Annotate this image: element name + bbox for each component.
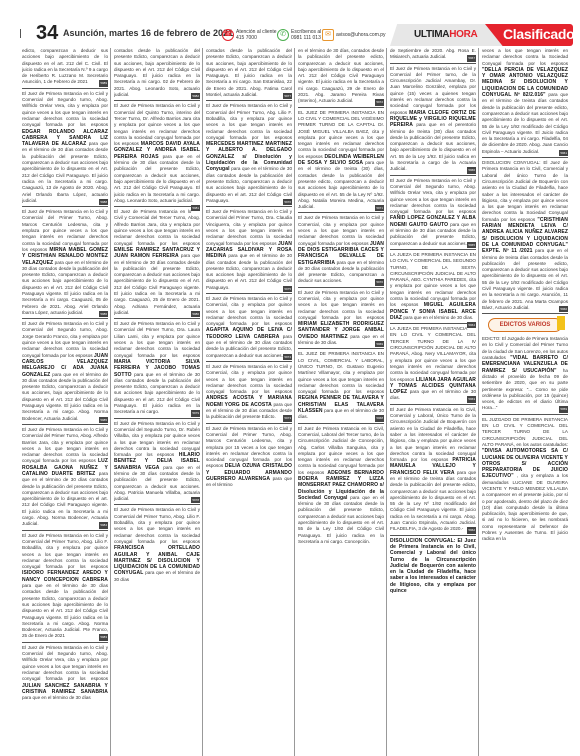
notice-body: contados desde la publicación del presen… — [114, 48, 200, 97]
notice-tail: para que en el término de 30 días contad… — [22, 141, 108, 203]
notice: El Juez de Primera Instancia en lo Civil… — [114, 507, 200, 585]
notice: El Juez de Primera Instancia en lo Civil… — [298, 290, 384, 350]
notice: EL JUZGADO DE PRIMERA INSTANCIA EN LO CI… — [482, 417, 568, 545]
notice-body: contados desde la publicación del presen… — [206, 48, 292, 97]
notice-tail: , cita y emplaza a los demandados LUCIAN… — [482, 473, 568, 541]
customer-service-contact: ☎ Atención al cliente415 7000 — [222, 26, 277, 44]
email-contact[interactable]: ✉ avisos@uhora.com.py — [322, 26, 386, 44]
notice: veces a los que tengan interés en reclam… — [482, 48, 568, 158]
notice: contados desde la publicación del presen… — [114, 48, 200, 101]
notice-tail: para que en el término de treinta días c… — [482, 248, 568, 310]
notice-body: El Juez de Primera Instancia en lo Civil… — [22, 209, 108, 252]
notice-tail: ha dictado el proveído de fecha 09 de se… — [482, 368, 568, 411]
notice-body: EL JUZGADO DE PRIMERA INSTANCIA EN LO CI… — [482, 417, 568, 447]
notice: El Juez de Primera Instancia en lo Civil… — [206, 103, 292, 207]
notice-body: LA JUEZA DE PRIMERA INSTANCIA EN LO CIVI… — [390, 326, 476, 381]
notice: El Juez de Primera Instancia en lo Civil… — [390, 178, 476, 250]
notice-body: El Juez de Primera Instancia en lo Civil… — [114, 103, 200, 146]
notice: El Juez de Primera Instancia en lo Civil… — [22, 209, 108, 319]
notice-body: EL JUEZ DE PRIMERA INSTANCIA EN LO CIVIL… — [298, 351, 384, 394]
notice-body: El Juez de Primera Instancia en lo Civil… — [114, 321, 200, 357]
notice-tail: para que en el término de 30 días — [22, 695, 91, 700]
notice-tail: para que en el término de 30 días contad… — [22, 260, 108, 315]
column-2: contados desde la publicación del presen… — [114, 48, 203, 756]
brand-banner: ULTIMAHORA Clasificados — [390, 24, 580, 46]
section-label: EDICTOS VARIOS — [500, 322, 551, 328]
contact-value: 415 7000 — [236, 35, 257, 41]
notice-body: El Juez de Primera Instancia en lo Civil… — [206, 426, 292, 469]
brand-part1: ULTIMA — [414, 29, 449, 40]
whatsapp-contact: ✆ Escríbenos al0981 111 013 — [277, 26, 321, 44]
notice-body: edicto, comparezcan a deducir sus accion… — [22, 48, 108, 84]
notice: El Juez de Primera Instancia en lo Civil… — [114, 209, 200, 319]
notice-tail: para que en el término de 30 días contad… — [114, 372, 200, 415]
notice: El Juez de Primera Instancia en lo Civil… — [206, 209, 292, 294]
notice-tail: para que en el término de 30 días. — [403, 315, 473, 320]
notice-body: de Septiembre de 2020. Abg. Rosa E. Misi… — [390, 48, 476, 59]
fold-mark — [20, 29, 21, 38]
notice-body: El Juez de Primera Instancia en lo Civil… — [114, 209, 200, 245]
brand-part2: HORA — [449, 29, 477, 40]
notice: El Juez de Primera Instancia en lo Civil… — [206, 364, 292, 424]
notice: El Juez de Primera Instancia en lo Civil… — [22, 91, 108, 207]
classified-columns: edicto, comparezcan a deducir sus accion… — [22, 48, 570, 756]
notice-tail: para que en el término de treinta días c… — [390, 470, 476, 532]
notice: El Juez de Primera Instancia en lo Civil… — [22, 533, 108, 643]
column-4: en el término de 30 días, contados desde… — [298, 48, 387, 756]
notice: El Juez de Primera Instancia en lo Civil… — [206, 296, 292, 362]
notice-tail: para que en el término de 30 días contad… — [206, 166, 292, 202]
notice-tail: para que en el término de 30 días contad… — [298, 495, 384, 544]
notice-tail: para que en el término de treinta (30) d… — [298, 160, 384, 209]
contact-value[interactable]: avisos@uhora.com.py — [336, 32, 386, 38]
notice: El Juez de Primera Instancia en lo Civil… — [114, 103, 200, 207]
document-icon — [557, 316, 565, 330]
notice-body: El Juez de Primera Instancia en lo Civil… — [22, 91, 108, 127]
notice-body: en el término de 30 días, contados desde… — [298, 48, 384, 103]
notice-body: El Juez de Primera Instancia en lo Civil… — [298, 426, 384, 475]
notice: LA JUEZA DE PRIMERA INSTANCIA EN LO CIVI… — [390, 326, 476, 405]
notice-tail: para que en el término de 30 días contad… — [206, 253, 292, 289]
notice: El Juez de Primera Instancia en lo Civil… — [22, 427, 108, 531]
notice-tail: para que en el término de 30 días contad… — [114, 253, 200, 315]
notice-tail: para que en el término de 30 días contad… — [22, 471, 108, 526]
notice-tail: para que en el término de 30 días contad… — [114, 154, 200, 203]
notice-tail: para que en el término de 30 días contad… — [114, 465, 200, 501]
notice: DISOLUCION CONYUGAL: El Juez de Primera … — [390, 538, 476, 597]
notice-body: El Juez de Primera Instancia en lo Civil… — [390, 66, 476, 115]
issue-date: Asunción, martes 16 de febrero de 2021 — [63, 28, 233, 38]
notice-body: DISOLUCION CONYUGAL: El Juez de Primera … — [482, 160, 568, 222]
column-1: edicto, comparezcan a deducir sus accion… — [22, 48, 111, 756]
notice-parties: JULIAN SANCHEZ SANABRIA Y CRISTINA RAMIR… — [22, 683, 108, 695]
notice: EDICTO: El Juzgado de Primera Instancia … — [482, 336, 568, 415]
notice-body: EL JUEZ DE PRIMERA INSTANCIA EN LO CIVIL… — [298, 110, 384, 159]
notice-body: El Juez de Primera Instancia en lo Civil… — [390, 178, 476, 214]
brand-logo: ULTIMAHORA — [414, 29, 477, 40]
notice-body: DISOLUCION CONYUGAL: El Juez de Primera … — [390, 538, 476, 594]
section-title: Clasificados — [503, 26, 580, 42]
notice-parties: AGAPITA AQUINO DE LEIVA C/ TEODORO LEIVA… — [206, 327, 292, 339]
notice-body: El Juez de Primera Instancia en lo Civil… — [22, 533, 108, 569]
notice: El Juez de Primera Instancia en lo Civil… — [114, 421, 200, 506]
notice: El Juez de Primera Instancia en lo Civil… — [298, 426, 384, 548]
notice: El Juez de Primera Instancia en lo Civil… — [298, 215, 384, 287]
notice: de Septiembre de 2020. Abg. Rosa E. Misi… — [390, 48, 476, 64]
phone-icon: ☎ — [222, 29, 234, 41]
notice-body: El Juez de Primera Instancia en lo Civil… — [206, 296, 292, 326]
notice-body: El Juez de Primera Instancia en lo Civil… — [206, 364, 292, 394]
notice: El Juez de Primera Instancia en lo Civil… — [206, 426, 292, 491]
notice-body: veces a los que tengan interés en reclam… — [482, 48, 568, 66]
column-6: veces a los que tengan interés en reclam… — [482, 48, 570, 756]
section-header-edictos-varios: EDICTOS VARIOS — [488, 318, 562, 332]
notice-tail: para que en el perentorio término de tre… — [390, 122, 476, 171]
notice: LA JUEZA DE PRIMERA INSTANCIA EN LO CIVI… — [390, 252, 476, 324]
notice: DISOLUCION CONYUGAL: El Juez de Primera … — [482, 160, 568, 314]
notice-body: El Juez de Primera Instancia en lo Civil… — [114, 507, 200, 543]
notice: edicto, comparezcan a deducir sus accion… — [22, 48, 108, 89]
notice-body: El Juez de Primera Instancia en lo Civil… — [22, 645, 108, 681]
notice-tail: para que en el término de 30 días contad… — [22, 583, 108, 638]
column-3: contados desde la publicación del presen… — [206, 48, 295, 756]
notice-body: El Juez de Primera Instancia en lo Civil… — [390, 407, 476, 462]
notice: EL JUEZ DE PRIMERA INSTANCIA EN LO CIVIL… — [298, 110, 384, 214]
notice-tail: para que en el término de 30 días contad… — [22, 372, 108, 421]
notice: El Juez de Primera Instancia en lo Civil… — [22, 645, 108, 704]
notice: El Juez de Primera Instancia en lo Civil… — [22, 321, 108, 425]
notice-tail: para que en el término de treinta días c… — [482, 92, 568, 154]
page-header: 34 Asunción, martes 16 de febrero de 202… — [0, 24, 580, 46]
notice-body: El Juez de Primera Instancia en lo Civil… — [22, 427, 108, 463]
notice-body: El Juez de Primera Instancia en lo Civil… — [298, 290, 384, 320]
notice-body: El Juez de Primera Instancia en lo Civil… — [206, 103, 292, 139]
mail-icon: ✉ — [322, 29, 334, 41]
notice: El Juez de Primera Instancia en lo Civil… — [390, 407, 476, 536]
notice: EL JUEZ DE PRIMERA INSTANCIA EN LO CIVIL… — [298, 351, 384, 423]
notice-parties: ISIDORO FERNANDEZ AREDO Y NANCY CONCEPCI… — [22, 570, 108, 582]
whatsapp-icon: ✆ — [277, 29, 289, 41]
column-5: de Septiembre de 2020. Abg. Rosa E. Misi… — [390, 48, 479, 756]
page-number: 34 — [36, 22, 58, 45]
notice: en el término de 30 días, contados desde… — [298, 48, 384, 108]
notice-body: LA JUEZA DE PRIMERA INSTANCIA EN LO CIVI… — [390, 252, 476, 307]
notice: El Juez de Primera Instancia en lo Civil… — [390, 66, 476, 176]
contact-value: 0981 111 013 — [291, 35, 321, 41]
notice: contados desde la publicación del presen… — [206, 48, 292, 101]
notice: El Juez de Primera Instancia en lo Civil… — [114, 321, 200, 418]
